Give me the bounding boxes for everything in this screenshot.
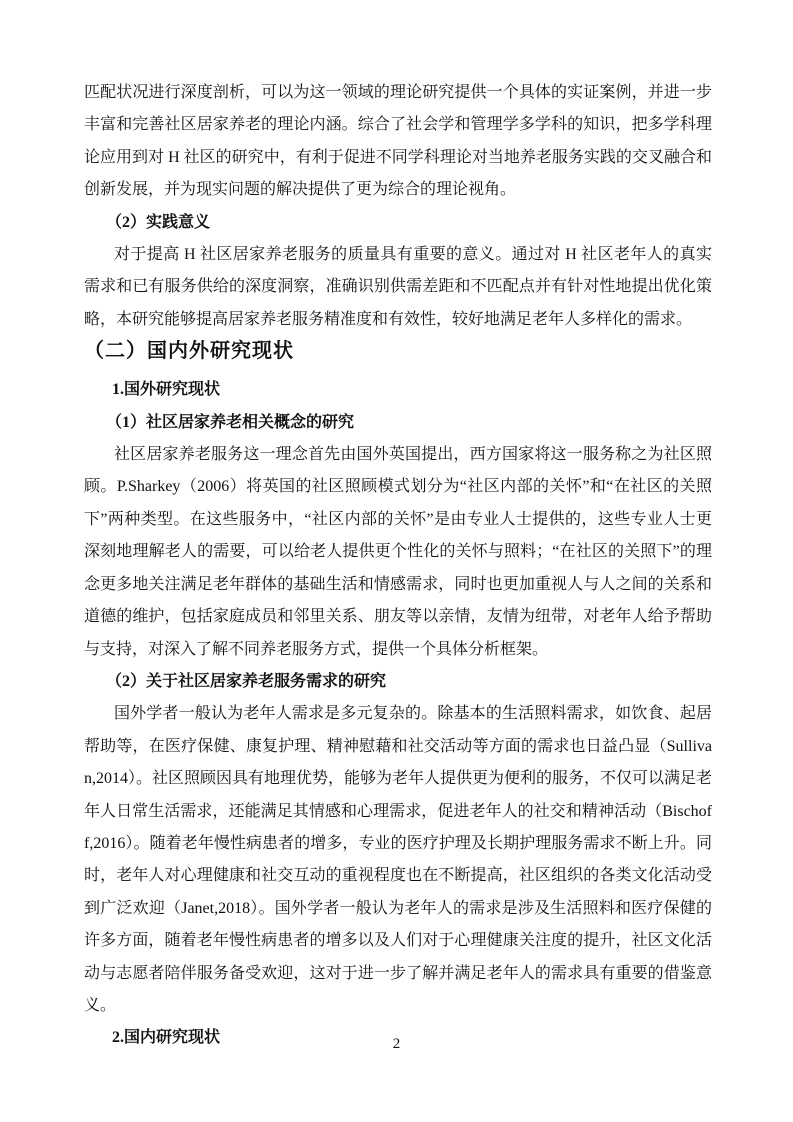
- page-footer: 2: [0, 1034, 793, 1054]
- heading-concept-research: （1）社区居家养老相关概念的研究: [84, 407, 712, 439]
- para-concept-research: 社区居家养老服务这一理念首先由国外英国提出，西方国家将这一服务称之为社区照顾。P…: [84, 439, 712, 666]
- document-body: 匹配状况进行深度剖析，可以为这一领域的理论研究提供一个具体的实证案例，并进一步丰…: [84, 77, 712, 1055]
- para-theoretical-significance-continued: 匹配状况进行深度剖析，可以为这一领域的理论研究提供一个具体的实证案例，并进一步丰…: [84, 77, 712, 207]
- para-demand-research: 国外学者一般认为老年人需求是多元复杂的。除基本的生活照料需求，如饮食、起居帮助等…: [84, 698, 712, 1022]
- heading-practical-significance: （2）实践意义: [84, 207, 712, 239]
- heading-domestic-foreign-research-status: （二）国内外研究现状: [84, 336, 712, 367]
- heading-foreign-research-status: 1.国外研究现状: [84, 374, 712, 406]
- para-practical-significance: 对于提高 H 社区居家养老服务的质量具有重要的意义。通过对 H 社区老年人的真实…: [84, 239, 712, 336]
- document-page: 匹配状况进行深度剖析，可以为这一领域的理论研究提供一个具体的实证案例，并进一步丰…: [0, 0, 793, 1122]
- page-number: 2: [393, 1036, 401, 1052]
- heading-demand-research: （2）关于社区居家养老服务需求的研究: [84, 666, 712, 698]
